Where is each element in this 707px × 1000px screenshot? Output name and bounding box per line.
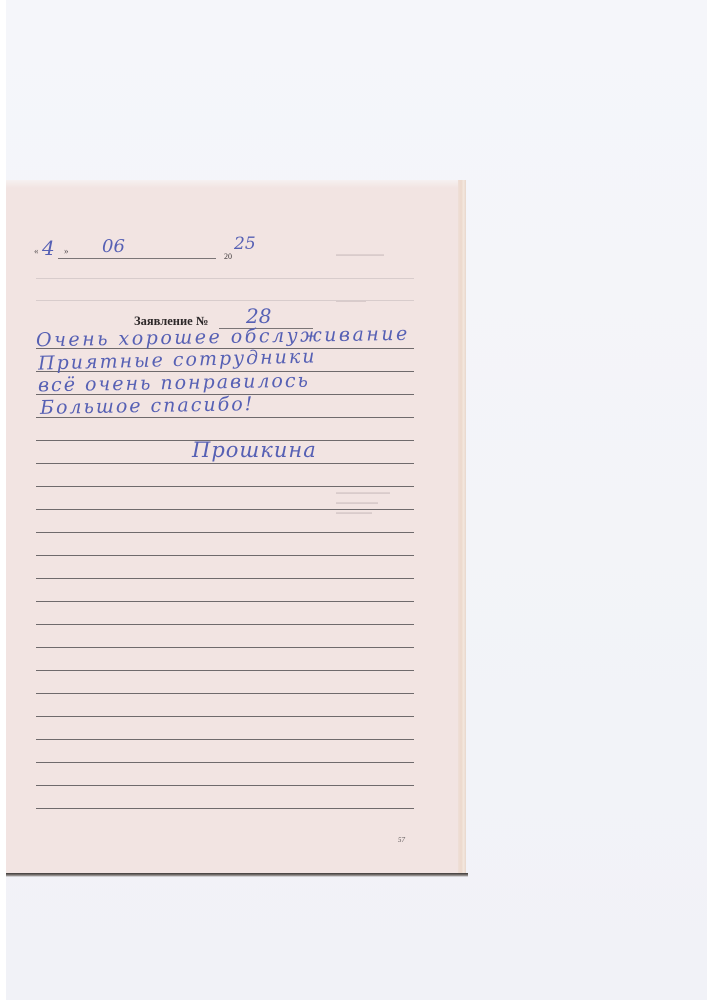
bleed-through-text: ▬▬▬▬▬ xyxy=(336,298,366,304)
date-year-suffix: 25 xyxy=(234,234,256,254)
ruled-line xyxy=(36,624,414,625)
page-bottom-edge xyxy=(6,873,468,877)
ruled-line xyxy=(36,578,414,579)
ruled-line xyxy=(36,509,414,510)
page-top-edge xyxy=(6,180,466,188)
ruled-line xyxy=(36,670,414,671)
ruled-line xyxy=(36,532,414,533)
faint-rule xyxy=(36,300,414,301)
journal-page: ▬▬▬▬▬▬▬▬ ▬▬▬▬▬ ▬▬▬▬▬▬▬▬▬ ▬▬▬▬▬▬▬ ▬▬▬▬▬▬ … xyxy=(6,180,466,874)
date-year-prefix: 20 xyxy=(224,252,232,261)
bleed-through-text: ▬▬▬▬▬▬▬▬▬ xyxy=(336,490,390,496)
ruled-line xyxy=(36,762,414,763)
page-number: 57 xyxy=(398,836,405,844)
date-open-quote: « xyxy=(34,246,39,256)
ruled-line xyxy=(36,601,414,602)
ruled-line xyxy=(36,716,414,717)
bleed-through-text: ▬▬▬▬▬▬▬▬ xyxy=(336,252,384,258)
date-close-quote: » xyxy=(64,246,69,256)
bleed-through-text: ▬▬▬▬▬▬▬ xyxy=(336,500,378,506)
handwritten-line: Большое спасибо! xyxy=(40,393,255,419)
ruled-line xyxy=(36,486,414,487)
handwritten-line: всё очень понравилось xyxy=(38,370,310,397)
date-day: 4 xyxy=(42,236,55,260)
bleed-through-text: ▬▬▬▬▬▬ xyxy=(336,510,372,516)
ruled-line xyxy=(36,808,414,809)
signature: Прошкина xyxy=(192,438,317,462)
ruled-line xyxy=(36,463,414,464)
ruled-line xyxy=(36,693,414,694)
ruled-line xyxy=(36,785,414,786)
ruled-line xyxy=(36,739,414,740)
ruled-line xyxy=(36,555,414,556)
date-month: 06 xyxy=(102,236,125,257)
date-underline xyxy=(58,258,216,259)
faint-rule xyxy=(36,278,414,279)
date-field: « 4 » 06 20 25 xyxy=(34,238,224,262)
ruled-line xyxy=(36,647,414,648)
